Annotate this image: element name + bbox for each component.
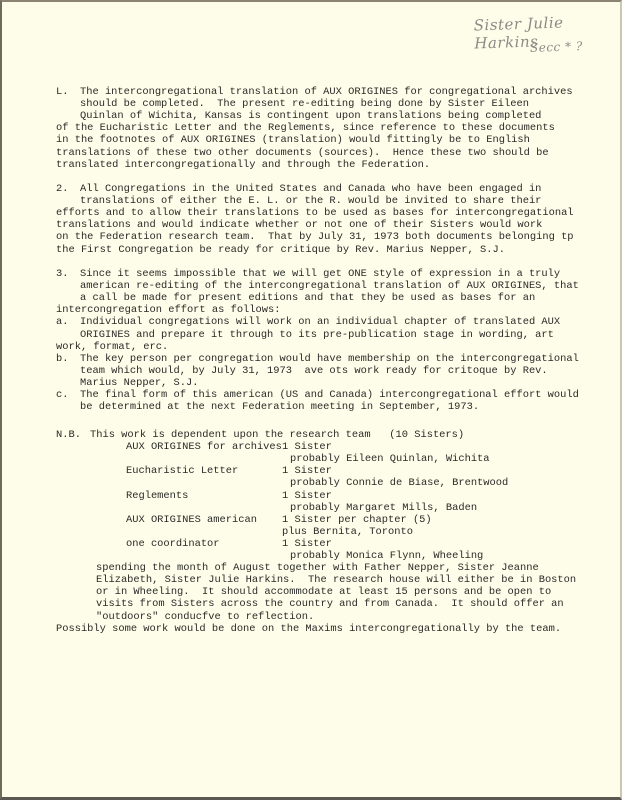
subitem-line: Marius Nepper, S.J. (80, 377, 198, 389)
team-count: 1 Sister (282, 490, 332, 502)
paragraph-line: should be completed. The present re-edit… (80, 98, 529, 110)
team-role: AUX ORIGINES american (126, 514, 257, 526)
team-note: probably Margaret Mills, Baden (290, 502, 477, 514)
team-role: Eucharistic Letter (126, 465, 238, 477)
team-role: Reglements (126, 490, 188, 502)
paragraph-line: on the Federation research team. That by… (56, 231, 574, 243)
nb-marker: N.B. (56, 429, 81, 441)
paragraph-line: intercongregation effort as follows: (56, 304, 280, 316)
paragraph-line: american re-editing of the intercongrega… (80, 280, 579, 292)
document-page: Sister Julie Harkins Secc * ? L.The inte… (0, 0, 622, 800)
paragraph-line: The intercongregational translation of A… (80, 86, 573, 98)
subitem-line: team which would, by July 31, 1973 ave o… (80, 365, 548, 377)
team-note: probably Connie de Biase, Brentwood (290, 477, 508, 489)
nb-intro: This work is dependent upon the research… (90, 429, 464, 441)
item-marker: 2. (56, 183, 68, 195)
final-line: Possibly some work would be done on the … (56, 623, 561, 635)
paragraph-line: in the footnotes of AUX ORIGINES (transl… (56, 134, 530, 146)
team-count: 1 Sister per chapter (5) (282, 514, 432, 526)
paragraph-line: of the Eucharistic Letter and the Reglem… (56, 122, 555, 134)
paragraph-line: translations and would indicate whether … (56, 219, 542, 231)
item-marker: 3. (56, 268, 68, 280)
paragraph-line: All Congregations in the United States a… (80, 183, 541, 195)
subitem-marker: b. (56, 353, 68, 365)
paragraph-line: translations of these two other document… (56, 147, 549, 159)
subitem-line: The final form of this american (US and … (80, 389, 579, 401)
subitem-line: work, format, erc. (56, 341, 168, 353)
subitem-line: ORIGINES and prepare it through to its p… (80, 329, 554, 341)
closing-line: or in Wheeling. It should accommodate at… (96, 586, 551, 598)
paragraph-line: a call be made for present editions and … (80, 292, 535, 304)
paragraph-line: translations of either the E. L. or the … (80, 195, 541, 207)
team-count: 1 Sister (282, 465, 332, 477)
paragraph-line: efforts and to allow their translations … (56, 207, 574, 219)
item-marker: L. (56, 86, 68, 98)
subitem-line: The key person per congregation would ha… (80, 353, 579, 365)
team-role: one coordinator (126, 538, 220, 550)
subitem-marker: c. (56, 389, 68, 401)
paragraph-line: translated intercongregationally and thr… (56, 159, 430, 171)
paragraph-line: Since it seems impossible that we will g… (80, 268, 560, 280)
team-note: probably Eileen Quinlan, Wichita (290, 453, 490, 465)
handwritten-annotation-secondary: Secc * ? (530, 39, 583, 55)
subitem-marker: a. (56, 316, 68, 328)
closing-line: Elizabeth, Sister Julie Harkins. The res… (96, 574, 576, 586)
closing-line: spending the month of August together wi… (96, 562, 539, 574)
subitem-line: Individual congregations will work on an… (80, 316, 560, 328)
team-count: 1 Sister (282, 441, 332, 453)
closing-line: visits from Sisters across the country a… (96, 598, 564, 610)
team-role: AUX ORIGINES for archives (126, 441, 282, 453)
team-note: probably Monica Flynn, Wheeling (290, 550, 483, 562)
paragraph-line: the First Congregation be ready for crit… (56, 244, 505, 256)
closing-line: "outdoors" conducfve to reflection. (96, 611, 314, 623)
subitem-line: be determined at the next Federation mee… (80, 401, 479, 413)
team-note: plus Bernita, Toronto (282, 526, 413, 538)
team-count: 1 Sister (282, 538, 332, 550)
paragraph-line: Quinlan of Wichita, Kansas is contingent… (80, 110, 541, 122)
